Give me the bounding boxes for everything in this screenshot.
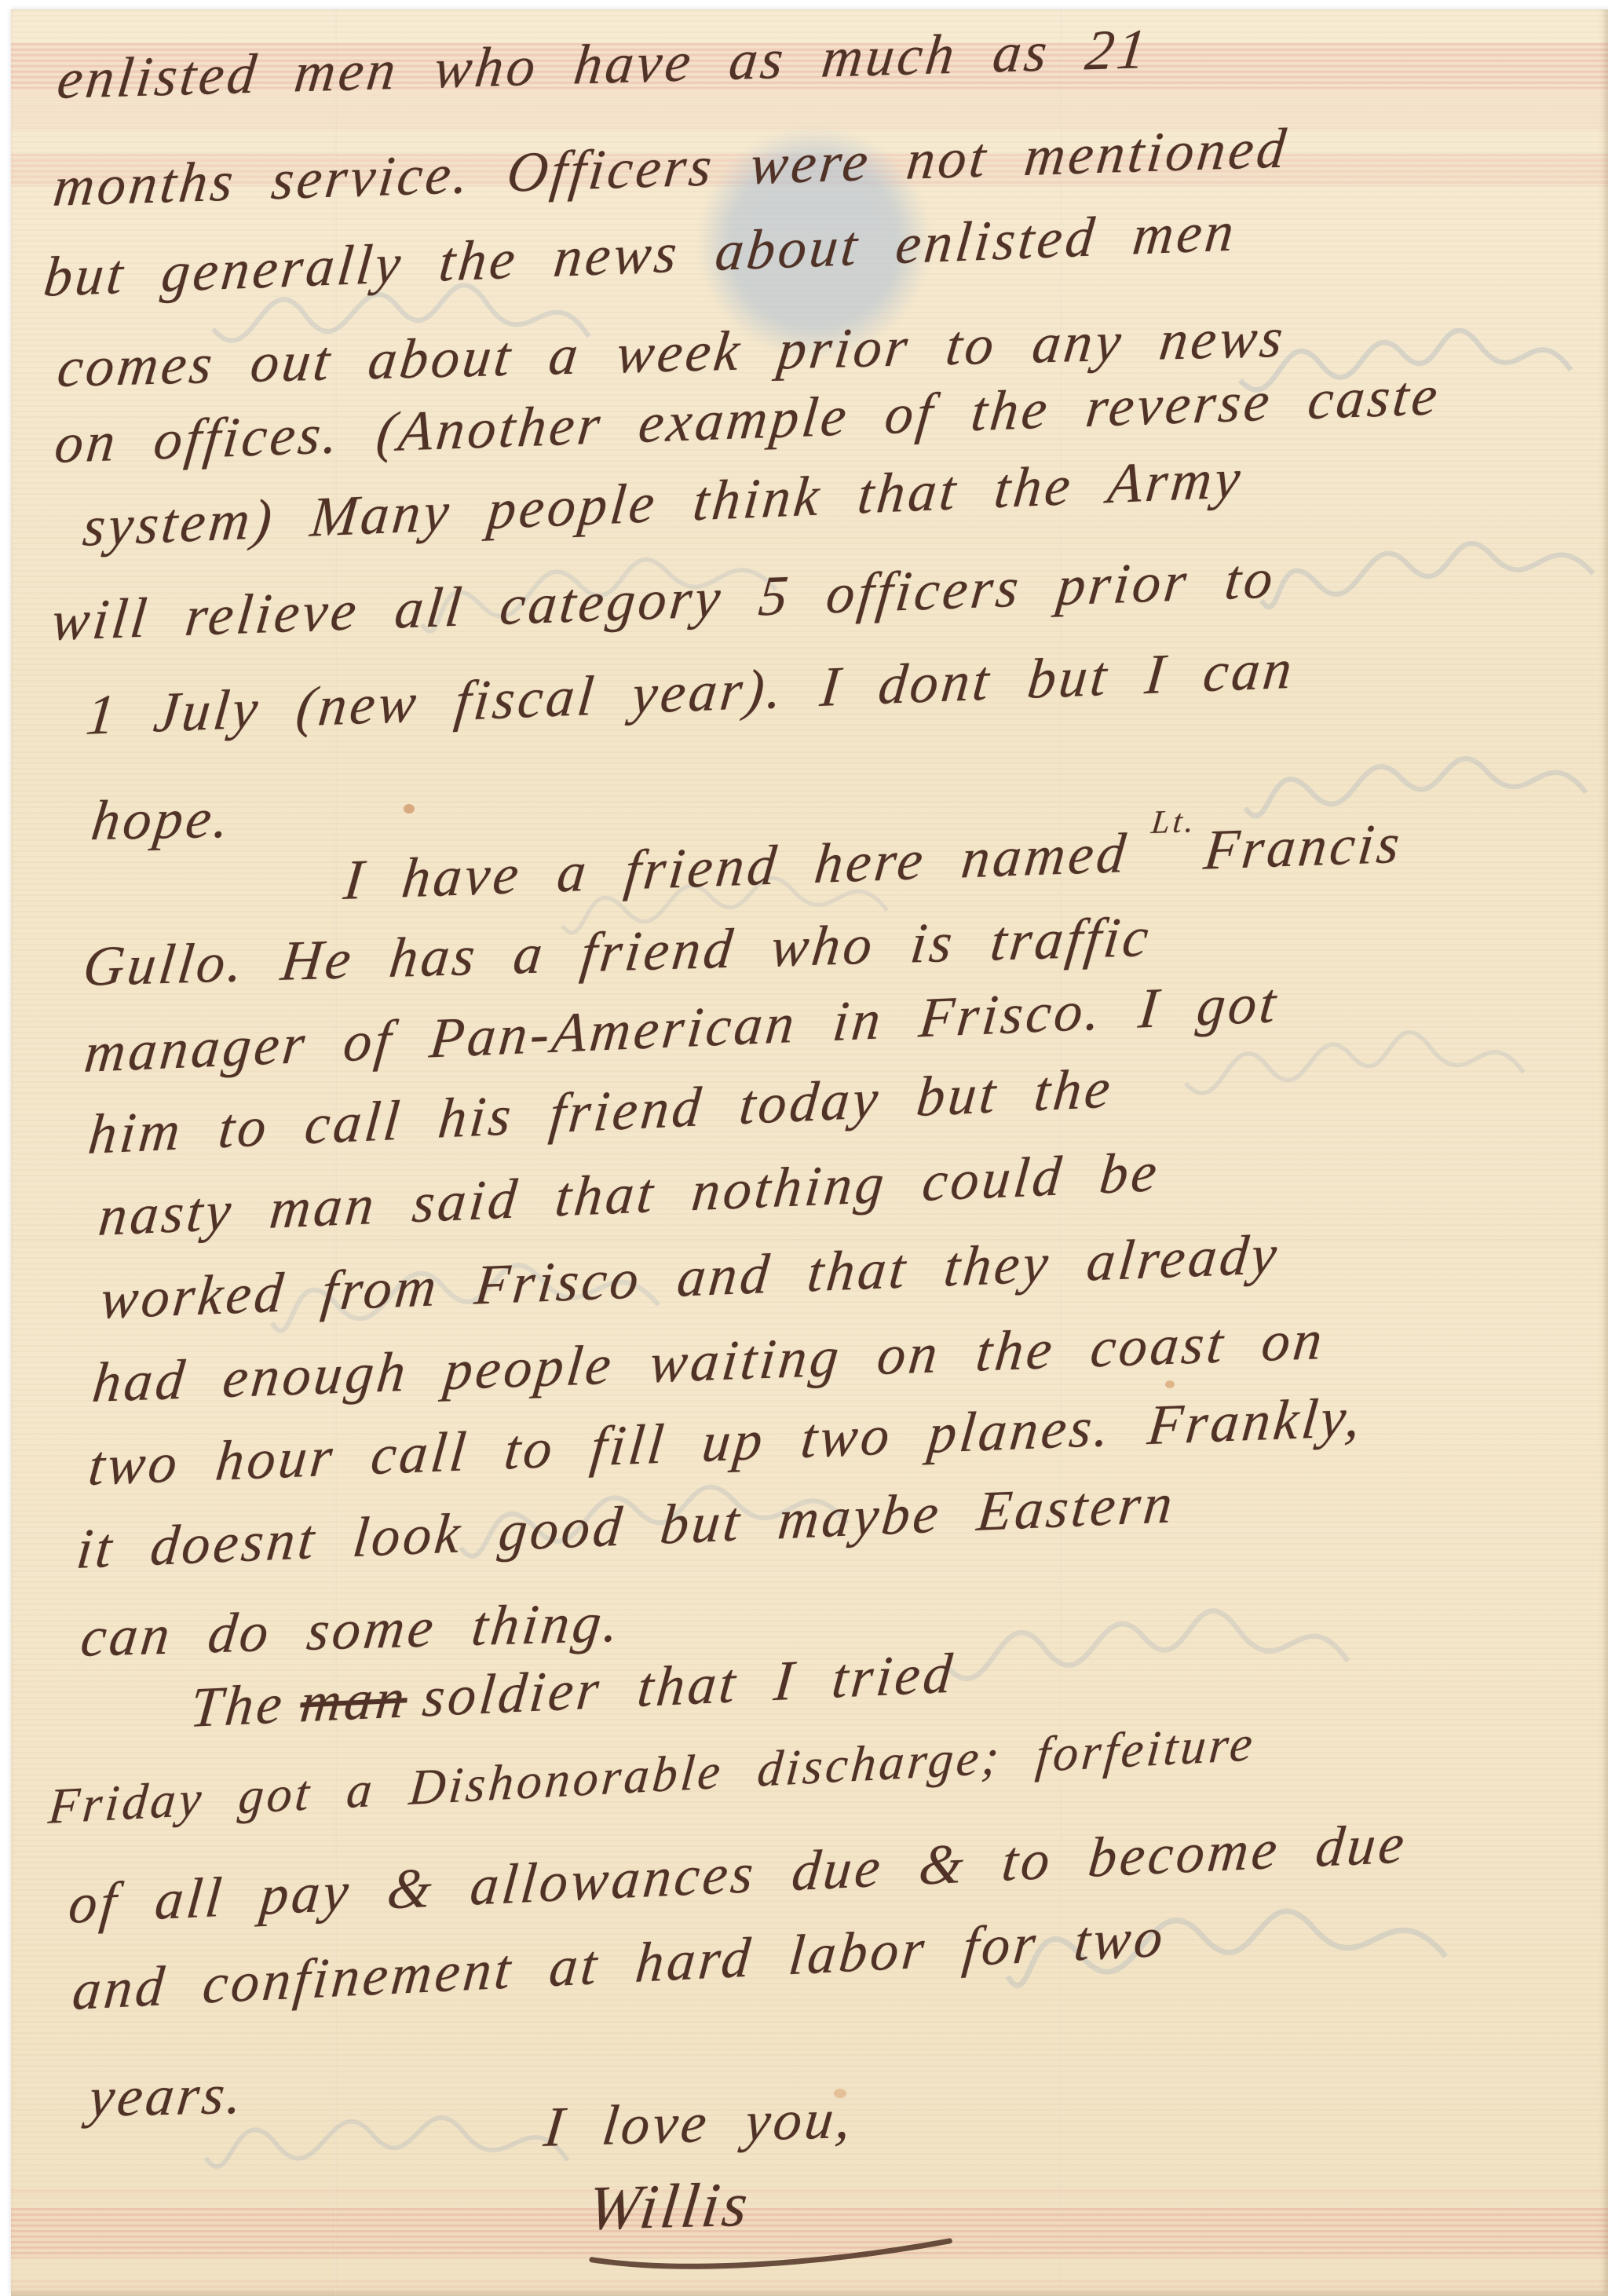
friend-line-before: I have a friend here named [341, 821, 1131, 912]
handwriting-line: will relieve all category 5 officers pri… [49, 546, 1279, 654]
letter-scan: enlisted men who have as much as 21 mont… [0, 0, 1608, 2296]
rust-stain [1165, 1380, 1175, 1388]
struck-word: man [298, 1666, 410, 1735]
handwriting-line-friend: I have a friend here namedLt.Francis [341, 811, 1405, 913]
pink-stripe-band-bottom-3 [11, 2280, 1608, 2296]
closing-line: I love you, [541, 2086, 857, 2160]
rust-stain [404, 804, 415, 813]
signature: Willis [584, 2170, 755, 2245]
letter-page: enlisted men who have as much as 21 mont… [11, 9, 1608, 2296]
pink-stripe-band-bottom-1 [11, 2189, 1608, 2195]
bleedthrough-ghost-writing [188, 2081, 589, 2228]
friend-line-after: Francis [1201, 812, 1405, 882]
handwriting-line: 1 July (new fiscal year). I dont but I c… [83, 637, 1298, 748]
handwriting-line: hope. [88, 786, 236, 854]
handwriting-line: years. [86, 2062, 249, 2130]
lt-annotation: Lt. [1149, 803, 1198, 842]
handwriting-line: can do some thing. [78, 1589, 625, 1670]
bleedthrough-ghost-writing [1252, 494, 1606, 675]
soldier-line-before: The [188, 1672, 287, 1739]
handwriting-line: of all pay & allowances due & to become … [66, 1811, 1410, 1937]
